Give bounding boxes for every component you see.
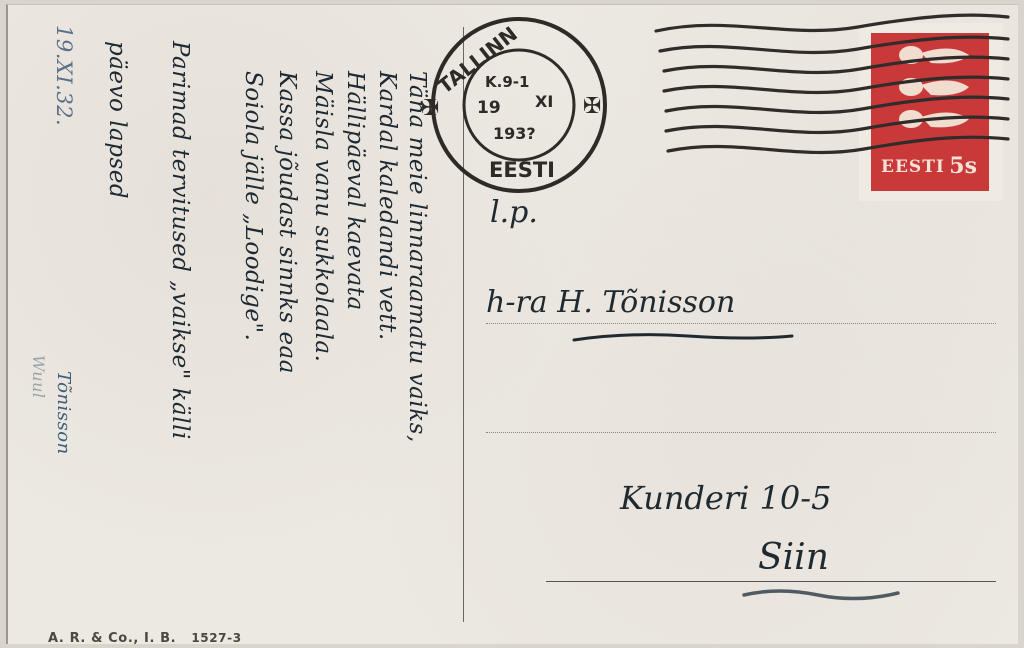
pencil-note: Wuul (29, 355, 48, 399)
street-address: Kunderi 10-5 (620, 479, 831, 517)
signature: Tõnisson (53, 371, 74, 455)
message-line-8: päevo lapsed (104, 41, 130, 199)
postmark-time: K.9-1 (485, 73, 529, 91)
recipient-name: h-ra H. Tõnisson (486, 285, 735, 320)
address-line-3 (546, 581, 996, 582)
imprint-catalog-number: 1527-3 (191, 631, 241, 645)
message-line-7: Parimad tervitused „vaikse" källi (167, 41, 193, 440)
three-lions-icon (871, 37, 989, 147)
message-date: 19.XI.32. (52, 25, 76, 126)
stamp-value: 5s (949, 153, 977, 179)
message-line-3: Hällipäeval kaevata (342, 71, 368, 311)
postmark: TALLINN EESTI K.9-1 19 XI 193? ✠ ✠ (421, 19, 605, 191)
recipient-underline (568, 330, 798, 346)
postmark-city: TALLINN (433, 22, 522, 99)
imprint-publisher: A. R. & Co., I. B. (48, 631, 176, 646)
center-divider (463, 27, 464, 622)
postcard: 19.XI.32. Täna meie linnaraamatu vaiks, … (6, 4, 1018, 644)
address-line-2 (486, 432, 996, 433)
address-line-1 (486, 323, 996, 324)
city: Siin (758, 537, 829, 578)
postmark-month: XI (535, 92, 553, 111)
message-line-5: Kassa jõudast sinnks eaa (274, 71, 300, 374)
message-line-2: Kardal kaledandi vett. (374, 71, 400, 341)
stamp-face: EESTI 5s (871, 33, 989, 191)
message-line-1: Täna meie linnaraamatu vaiks, (404, 71, 430, 443)
publisher-imprint: A. R. & Co., I. B. 1527-3 (48, 631, 242, 646)
delivery-note: l.p. (490, 195, 538, 230)
postmark-year: 193? (493, 124, 536, 143)
city-underline (738, 585, 908, 603)
postage-stamp: EESTI 5s (859, 23, 1003, 201)
postmark-day: 19 (477, 98, 501, 118)
message-line-4: Mäisla vanu sukkolaala. (310, 71, 336, 362)
message-line-6: Soiola jälle „Loodige". (240, 71, 266, 341)
stamp-country: EESTI (881, 157, 945, 177)
postmark-cross-right: ✠ (583, 94, 601, 119)
postmark-country: EESTI (489, 158, 555, 182)
